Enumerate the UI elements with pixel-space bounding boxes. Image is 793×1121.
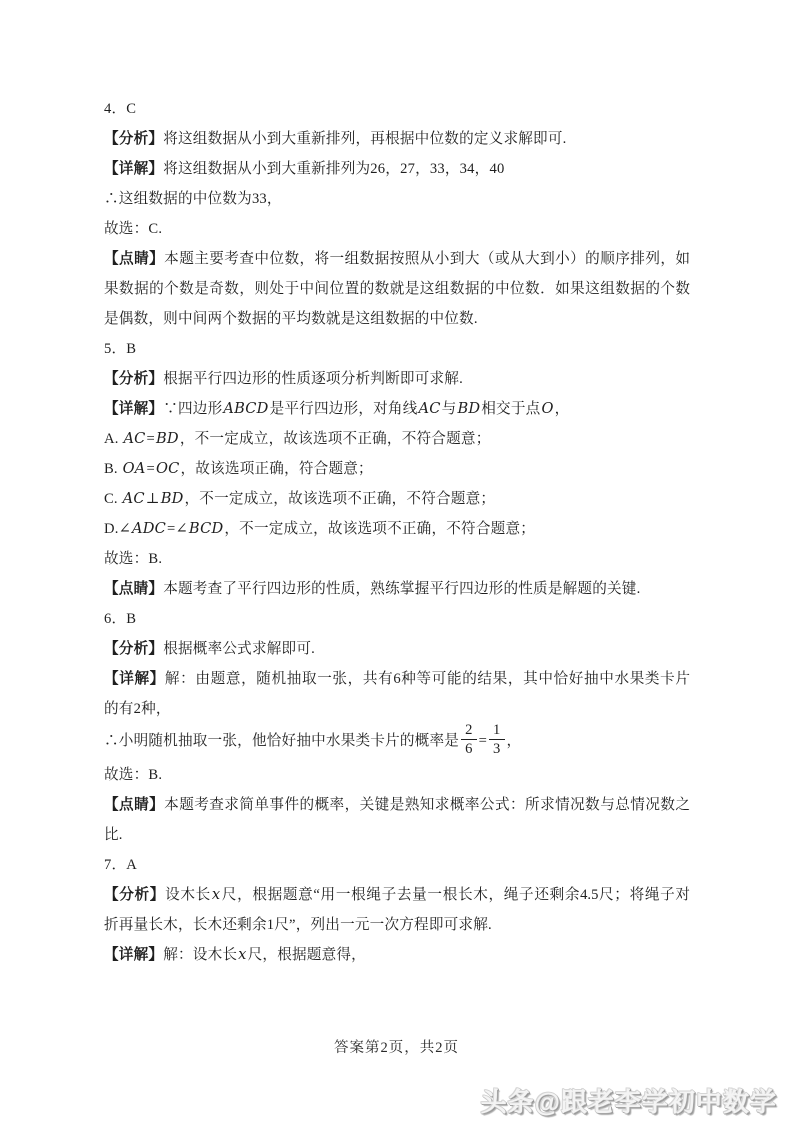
fraction-numerator: 2 bbox=[461, 722, 477, 740]
text-line: 【点睛】本题考查了平行四边形的性质，熟练掌握平行四边形的性质是解题的关键. bbox=[104, 574, 690, 604]
section-marker: 【详解】 bbox=[104, 161, 163, 177]
body-text: 相交于点 bbox=[481, 401, 540, 417]
text-line: 5．B bbox=[104, 334, 690, 364]
section-marker: 【分析】 bbox=[104, 131, 163, 147]
text-line: A. AC=BD，不一定成立，故该选项不正确，不符合题意； bbox=[104, 424, 690, 454]
body-text: = bbox=[147, 461, 155, 477]
math-variable: BD bbox=[155, 430, 180, 447]
fraction-denominator: 3 bbox=[489, 740, 505, 757]
body-text: B. bbox=[104, 461, 122, 477]
body-text: 比. bbox=[104, 827, 123, 843]
math-variable: BD bbox=[456, 400, 481, 417]
document-page: 4．C【分析】将这组数据从小到大重新排列，再根据中位数的定义求解即可.【详解】将… bbox=[0, 0, 793, 1121]
text-line: 【分析】设木长x尺，根据题意“用一根绳子去量一根长木，绳子还剩余4.5尺；将绳子… bbox=[104, 880, 690, 910]
math-variable: BCD bbox=[188, 520, 224, 537]
body-text: 是偶数，则中间两个数据的平均数就是这组数据的中位数. bbox=[104, 311, 478, 327]
body-text: ⊥ bbox=[146, 491, 160, 507]
math-variable: BD bbox=[160, 490, 185, 507]
body-text: =∠ bbox=[167, 521, 188, 537]
body-text: ， bbox=[507, 733, 522, 749]
text-line: 【分析】根据平行四边形的性质逐项分析判断即可求解. bbox=[104, 364, 690, 394]
text-line: C. AC⊥BD，不一定成立，故该选项不正确，不符合题意； bbox=[104, 484, 690, 514]
body-text: 本题主要考查中位数，将一组数据按照从小到大（或从大到小）的顺序排列，如 bbox=[164, 251, 690, 267]
fraction-denominator: 6 bbox=[461, 740, 477, 757]
text-line: 折再量长木，长木还剩余1尺”，列出一元一次方程即可求解. bbox=[104, 910, 690, 940]
body-text: ∴这组数据的中位数为33， bbox=[104, 191, 282, 207]
section-marker: 【分析】 bbox=[104, 887, 165, 903]
body-text: ∴小明随机抽取一张，他恰好抽中水果类卡片的概率是 bbox=[104, 733, 459, 749]
fraction: 26 bbox=[461, 722, 477, 758]
body-text: = bbox=[147, 431, 155, 447]
page-footer: 答案第2页，共2页 bbox=[0, 1036, 793, 1057]
text-line: 【点睛】本题主要考查中位数，将一组数据按照从小到大（或从大到小）的顺序排列，如 bbox=[104, 244, 690, 274]
body-text: ，不一定成立，故该选项不正确，不符合题意； bbox=[180, 431, 491, 447]
text-line: 故选：C. bbox=[104, 214, 690, 244]
body-text: 6．B bbox=[104, 611, 136, 627]
fraction-numerator: 1 bbox=[489, 722, 505, 740]
text-line: 比. bbox=[104, 820, 690, 850]
section-marker: 【分析】 bbox=[104, 641, 163, 657]
body-text: 7．A bbox=[104, 857, 137, 873]
text-line: 是偶数，则中间两个数据的平均数就是这组数据的中位数. bbox=[104, 304, 690, 334]
body-text: 根据平行四边形的性质逐项分析判断即可求解. bbox=[163, 371, 463, 387]
body-text: 故选：B. bbox=[104, 767, 162, 783]
body-text: A. bbox=[104, 431, 122, 447]
section-marker: 【分析】 bbox=[104, 371, 163, 387]
body-text: 将这组数据从小到大重新排列，再根据中位数的定义求解即可. bbox=[163, 131, 566, 147]
text-line: ∴这组数据的中位数为33， bbox=[104, 184, 690, 214]
text-line: 【详解】解：设木长x尺，根据题意得， bbox=[104, 940, 690, 970]
text-line: 【详解】解：由题意，随机抽取一张，共有6种等可能的结果，其中恰好抽中水果类卡片 bbox=[104, 664, 690, 694]
body-text: ∵四边形 bbox=[163, 401, 222, 417]
body-text: = bbox=[479, 733, 487, 749]
body-text: 解：设木长 bbox=[163, 947, 237, 963]
text-line: ∴小明随机抽取一张，他恰好抽中水果类卡片的概率是26=13， bbox=[104, 724, 690, 760]
text-line: 【详解】将这组数据从小到大重新排列为26，27，33，34，40 bbox=[104, 154, 690, 184]
text-line: 7．A bbox=[104, 850, 690, 880]
body-text: 根据概率公式求解即可. bbox=[163, 641, 315, 657]
body-text: 故选：B. bbox=[104, 551, 162, 567]
body-text: ，不一定成立，故该选项不正确，不符合题意； bbox=[185, 491, 496, 507]
body-text: 故选：C. bbox=[104, 221, 162, 237]
body-text: 解：由题意，随机抽取一张，共有6种等可能的结果，其中恰好抽中水果类卡片 bbox=[165, 671, 690, 687]
math-variable: ADC bbox=[131, 520, 167, 537]
section-marker: 【详解】 bbox=[104, 947, 163, 963]
body-text: 5．B bbox=[104, 341, 136, 357]
text-line: 故选：B. bbox=[104, 544, 690, 574]
math-variable: ABCD bbox=[222, 400, 269, 417]
body-text: ， bbox=[555, 401, 570, 417]
body-text: 果数据的个数是奇数，则处于中间位置的数就是这组数据的中位数．如果这组数据的个数 bbox=[104, 281, 690, 297]
section-marker: 【点睛】 bbox=[104, 251, 164, 267]
body-text: C. bbox=[104, 491, 122, 507]
text-line: 的有2种， bbox=[104, 694, 690, 724]
math-variable: OA bbox=[122, 460, 147, 477]
document-lines: 4．C【分析】将这组数据从小到大重新排列，再根据中位数的定义求解即可.【详解】将… bbox=[104, 94, 690, 970]
text-line: 【点睛】本题考查求简单事件的概率，关键是熟知求概率公式：所求情况数与总情况数之 bbox=[104, 790, 690, 820]
body-text: 本题考查了平行四边形的性质，熟练掌握平行四边形的性质是解题的关键. bbox=[163, 581, 640, 597]
body-text: ，故该选项正确，符合题意； bbox=[181, 461, 373, 477]
body-text: 设木长 bbox=[165, 887, 211, 903]
section-marker: 【点睛】 bbox=[104, 797, 164, 813]
text-line: 【分析】根据概率公式求解即可. bbox=[104, 634, 690, 664]
section-marker: 【详解】 bbox=[104, 401, 163, 417]
text-line: B. OA=OC，故该选项正确，符合题意； bbox=[104, 454, 690, 484]
text-line: 故选：B. bbox=[104, 760, 690, 790]
math-variable: AC bbox=[122, 490, 146, 507]
math-variable: x bbox=[211, 886, 221, 903]
body-text: 尺，根据题意得， bbox=[248, 947, 366, 963]
body-text: 与 bbox=[442, 401, 457, 417]
text-line: 4．C bbox=[104, 94, 690, 124]
section-marker: 【点睛】 bbox=[104, 581, 163, 597]
math-variable: O bbox=[540, 400, 554, 417]
watermark: 头条@跟老李学初中数学 bbox=[481, 1082, 777, 1119]
body-text: 的有2种， bbox=[104, 701, 171, 717]
body-text: ，不一定成立，故该选项不正确，不符合题意； bbox=[224, 521, 535, 537]
math-variable: x bbox=[237, 946, 247, 963]
body-text: 4．C bbox=[104, 101, 136, 117]
text-line: 【详解】∵四边形ABCD是平行四边形，对角线AC与BD相交于点O， bbox=[104, 394, 690, 424]
text-line: 果数据的个数是奇数，则处于中间位置的数就是这组数据的中位数．如果这组数据的个数 bbox=[104, 274, 690, 304]
body-text: 本题考查求简单事件的概率，关键是熟知求概率公式：所求情况数与总情况数之 bbox=[164, 797, 690, 813]
math-variable: AC bbox=[418, 400, 442, 417]
body-text: 将这组数据从小到大重新排列为26，27，33，34，40 bbox=[163, 161, 504, 177]
text-line: 6．B bbox=[104, 604, 690, 634]
section-marker: 【详解】 bbox=[104, 671, 165, 687]
body-text: D.∠ bbox=[104, 521, 131, 537]
body-text: 尺，根据题意“用一根绳子去量一根长木，绳子还剩余4.5尺；将绳子对 bbox=[221, 887, 690, 903]
body-text: 折再量长木，长木还剩余1尺”，列出一元一次方程即可求解. bbox=[104, 917, 492, 933]
text-line: D.∠ADC=∠BCD，不一定成立，故该选项不正确，不符合题意； bbox=[104, 514, 690, 544]
math-variable: AC bbox=[122, 430, 146, 447]
fraction: 13 bbox=[489, 722, 505, 758]
text-line: 【分析】将这组数据从小到大重新排列，再根据中位数的定义求解即可. bbox=[104, 124, 690, 154]
body-text: 是平行四边形，对角线 bbox=[270, 401, 418, 417]
math-variable: OC bbox=[155, 460, 181, 477]
